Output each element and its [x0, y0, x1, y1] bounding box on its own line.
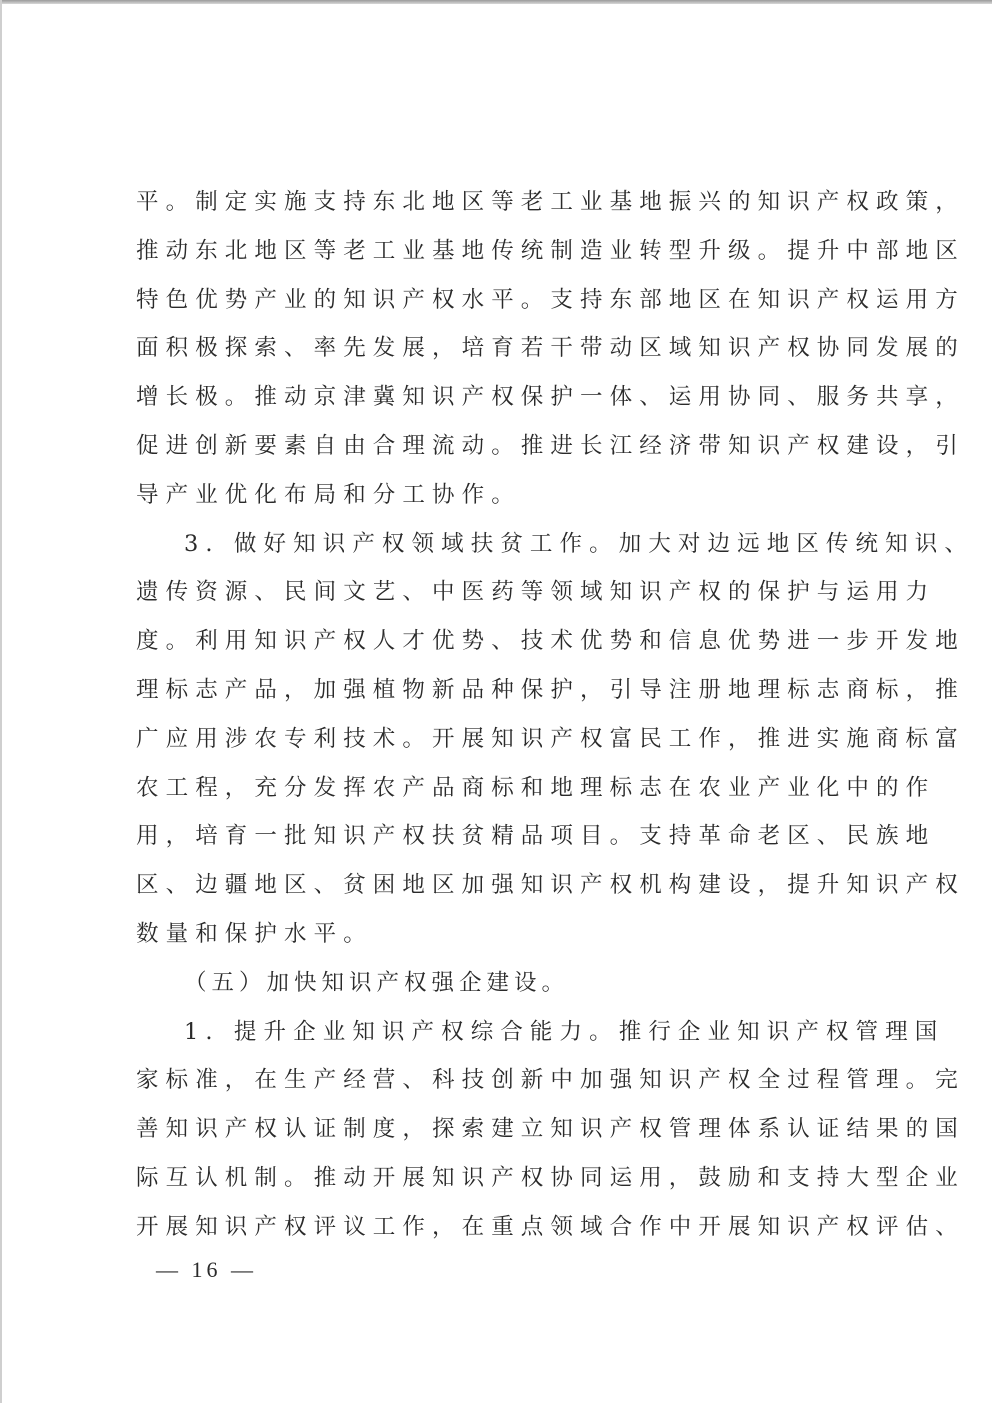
paragraph-item-1-enterprise-capability: 1. 提升企业知识产权综合能力。推行企业知识产权管理国 家标准，在生产经营、科技… — [136, 1008, 866, 1252]
text-line: 增长极。推动京津冀知识产权保护一体、运用协同、服务共享， — [136, 373, 866, 422]
paragraph-regional-development: 平。制定实施支持东北地区等老工业基地振兴的知识产权政策， 推动东北地区等老工业基… — [136, 178, 866, 520]
text-line: 家标准，在生产经营、科技创新中加强知识产权全过程管理。完 — [136, 1056, 866, 1105]
text-line: 开展知识产权评议工作，在重点领域合作中开展知识产权评估、 — [136, 1203, 866, 1252]
text-line: 推动东北地区等老工业基地传统制造业转型升级。提升中部地区 — [136, 227, 866, 276]
text-line: 用，培育一批知识产权扶贫精品项目。支持革命老区、民族地 — [136, 812, 866, 861]
text-line: 区、边疆地区、贫困地区加强知识产权机构建设，提升知识产权 — [136, 861, 866, 910]
text-line: 特色优势产业的知识产权水平。支持东部地区在知识产权运用方 — [136, 276, 866, 325]
page-number: — 16 — — [156, 1257, 257, 1283]
text-line: 遗传资源、民间文艺、中医药等领域知识产权的保护与运用力 — [136, 568, 866, 617]
section-heading: （五）加快知识产权强企建设。 — [136, 959, 866, 1008]
text-line: 1. 提升企业知识产权综合能力。推行企业知识产权管理国 — [136, 1008, 866, 1057]
text-line: 理标志产品，加强植物新品种保护，引导注册地理标志商标，推 — [136, 666, 866, 715]
text-line: 面积极探索、率先发展，培育若干带动区域知识产权协同发展的 — [136, 324, 866, 373]
text-line: 促进创新要素自由合理流动。推进长江经济带知识产权建设，引 — [136, 422, 866, 471]
text-line: 数量和保护水平。 — [136, 910, 866, 959]
text-line: 3. 做好知识产权领域扶贫工作。加大对边远地区传统知识、 — [136, 520, 866, 569]
text-line: 平。制定实施支持东北地区等老工业基地振兴的知识产权政策， — [136, 178, 866, 227]
scan-border-left — [0, 0, 2, 1403]
document-body: 平。制定实施支持东北地区等老工业基地振兴的知识产权政策， 推动东北地区等老工业基… — [136, 178, 866, 1252]
text-line: 广应用涉农专利技术。开展知识产权富民工作，推进实施商标富 — [136, 715, 866, 764]
scan-border-top — [0, 0, 992, 4]
text-line: 际互认机制。推动开展知识产权协同运用，鼓励和支持大型企业 — [136, 1154, 866, 1203]
text-line: 度。利用知识产权人才优势、技术优势和信息优势进一步开发地 — [136, 617, 866, 666]
text-line: 善知识产权认证制度，探索建立知识产权管理体系认证结果的国 — [136, 1105, 866, 1154]
text-line: 导产业优化布局和分工协作。 — [136, 471, 866, 520]
paragraph-item-3-poverty-alleviation: 3. 做好知识产权领域扶贫工作。加大对边远地区传统知识、 遗传资源、民间文艺、中… — [136, 520, 866, 959]
text-line: 农工程，充分发挥农产品商标和地理标志在农业产业化中的作 — [136, 764, 866, 813]
